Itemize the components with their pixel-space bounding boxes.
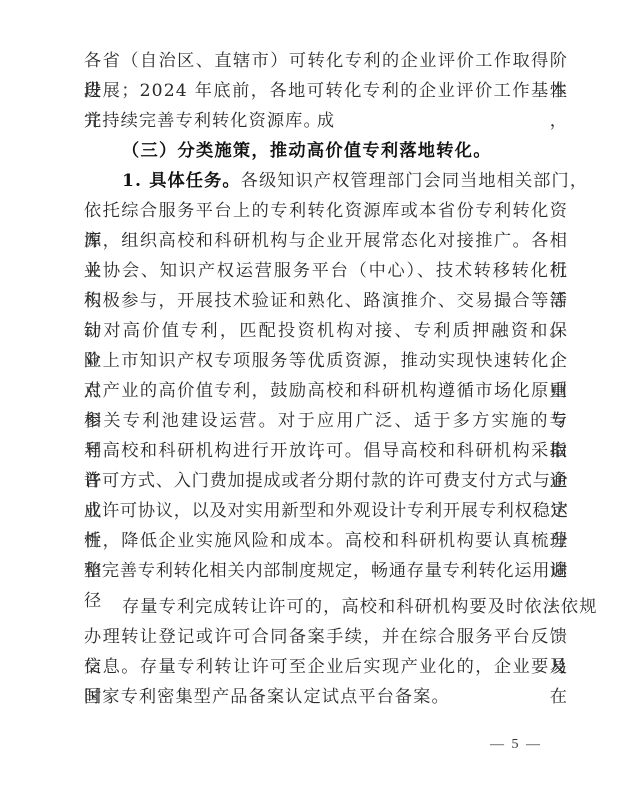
text-line: 整完善专利转化相关内部制度规定，畅通存量专利转化运用途径。 <box>84 556 568 586</box>
page-number: — 5 — <box>490 737 542 753</box>
text-line: 针对高价值专利，匹配投资机构对接、专利质押融资和保险、企 <box>84 316 568 346</box>
text-line: 析，降低企业实施风险和成本。高校和科研机构要认真梳理和调 <box>84 526 568 556</box>
text-line: 导高校和科研机构进行开放许可。倡导高校和科研机构采取普通 <box>84 436 568 466</box>
text-line: 信息。存量专利转让许可至企业后实现产业化的，企业要及时在 <box>84 652 568 682</box>
text-line: 相关专利池建设运营。对于应用广泛、适于多方实施的专利，指 <box>84 406 568 436</box>
task-label: 1. 具体任务。 <box>122 171 241 191</box>
text-line: 库，组织高校和科研机构与企业开展常态化对接推广。各相关行 <box>84 226 568 256</box>
text-line: 许可方式、入门费加提成或者分期付款的许可费支付方式与企业达 <box>84 466 568 496</box>
text-line: 业协会、知识产权运营服务平台（中心）、技术转移转化机构等 <box>84 256 568 286</box>
text-line: 点产业的高价值专利，鼓励高校和科研机构遵循市场化原则参与 <box>84 376 568 406</box>
text-line: 依托综合服务平台上的专利转化资源库或本省份专利转化资源 <box>84 196 568 226</box>
text-line: 业上市知识产权专项服务等优质资源，推动实现快速转化；对重 <box>84 346 568 376</box>
section-heading: （三）分类施策，推动高价值专利落地转化。 <box>84 136 568 166</box>
task-first-line-text: 各级知识产权管理部门会同当地相关部门， <box>241 171 588 191</box>
text-line: 各省（自治区、直辖市）可转化专利的企业评价工作取得阶段性 <box>84 46 568 76</box>
text-line: 积极参与，开展技术验证和熟化、路演推介、交易撮合等活动。 <box>84 286 568 316</box>
text-line: 进展；2024 年底前，各地可转化专利的企业评价工作基本完成， <box>84 76 568 106</box>
task-first-line: 1. 具体任务。各级知识产权管理部门会同当地相关部门， <box>84 166 568 196</box>
text-line: 办理转让登记或许可合同备案手续，并在综合服务平台反馈交易 <box>84 622 568 652</box>
text-line: 成许可协议，以及对实用新型和外观设计专利开展专利权稳定性分 <box>84 496 568 526</box>
document-page: 各省（自治区、直辖市）可转化专利的企业评价工作取得阶段性 进展；2024 年底前… <box>84 46 568 712</box>
paragraph-first-line: 存量专利完成转让许可的，高校和科研机构要及时依法依规 <box>84 592 568 622</box>
